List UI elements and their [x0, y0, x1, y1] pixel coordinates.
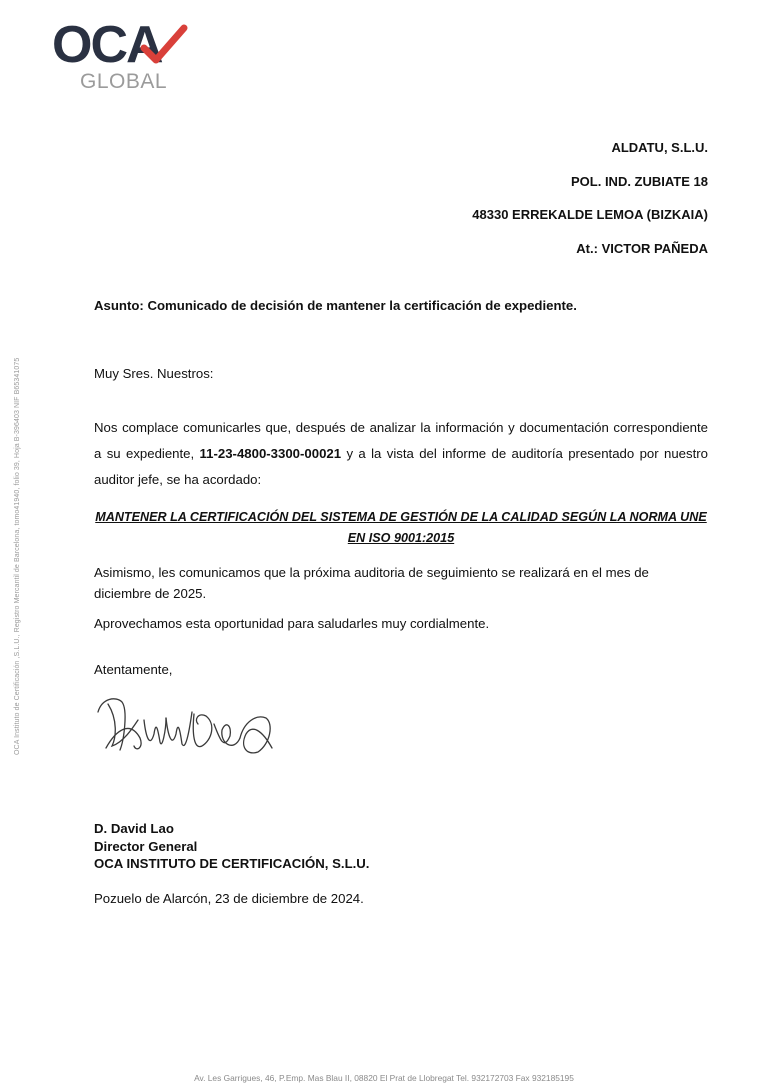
signature-icon [94, 690, 279, 762]
file-number: 11-23-4800-3300-00021 [200, 446, 342, 461]
signer-title: Director General [94, 838, 708, 856]
recipient-company: ALDATU, S.L.U. [472, 131, 708, 165]
certification-decision: MANTENER LA CERTIFICACIÓN DEL SISTEMA DE… [94, 507, 708, 549]
recipient-street: POL. IND. ZUBIATE 18 [472, 165, 708, 199]
greeting: Muy Sres. Nuestros: [94, 366, 708, 381]
signer-organization: OCA INSTITUTO DE CERTIFICACIÓN, S.L.U. [94, 855, 708, 873]
place-and-date: Pozuelo de Alarcón, 23 de diciembre de 2… [94, 891, 708, 906]
side-legal-text: OCA Instituto de Certificación ,S.L.U., … [14, 358, 21, 755]
body-paragraph-3: Aprovechamos esta oportunidad para salud… [94, 616, 708, 631]
recipient-address-block: ALDATU, S.L.U. POL. IND. ZUBIATE 18 4833… [472, 131, 708, 265]
signer-name: D. David Lao [94, 820, 708, 838]
closing: Atentamente, [94, 662, 708, 677]
svg-text:GLOBAL: GLOBAL [80, 70, 167, 93]
recipient-attention: At.: VICTOR PAÑEDA [472, 232, 708, 266]
subject-line: Asunto: Comunicado de decisión de manten… [94, 298, 708, 313]
svg-text:OCA: OCA [52, 16, 163, 74]
body-paragraph-2: Asimismo, les comunicamos que la próxima… [94, 562, 708, 604]
footer-address: Av. Les Garrigues, 46, P.Emp. Mas Blau I… [0, 1073, 768, 1083]
recipient-city: 48330 ERREKALDE LEMOA (BIZKAIA) [472, 198, 708, 232]
signer-block: D. David Lao Director General OCA INSTIT… [94, 820, 708, 873]
oca-global-logo: OCA GLOBAL [52, 14, 192, 94]
body-paragraph-1: Nos complace comunicarles que, después d… [94, 415, 708, 493]
